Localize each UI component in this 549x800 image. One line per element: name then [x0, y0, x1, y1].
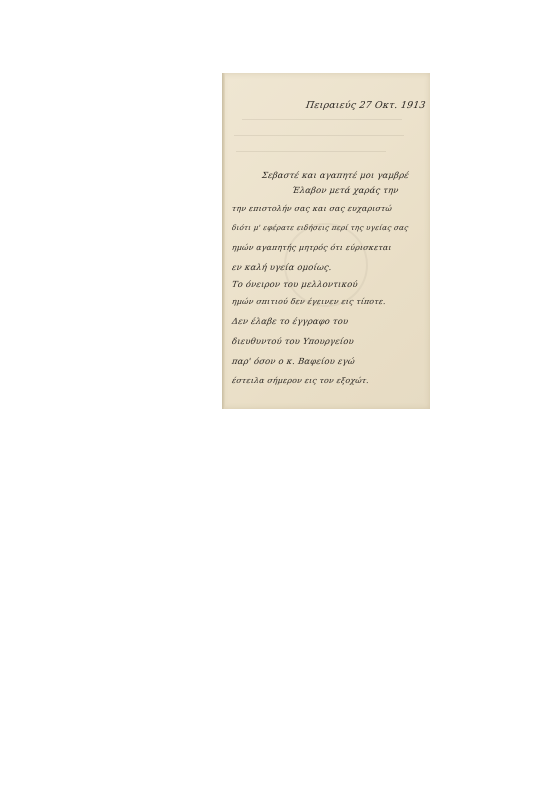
faint-bleed-line — [236, 151, 386, 152]
body-line: Έλαβον μετά χαράς την — [291, 185, 399, 195]
body-line: ημών αγαπητής μητρός ότι εύρισκεται — [231, 243, 392, 252]
date-line: Πειραιεύς 27 Οκτ. 1913 — [305, 100, 426, 111]
body-line: εν καλή υγεία ομοίως. — [231, 262, 332, 272]
body-line: Το όνειρον του μελλοντικού — [231, 279, 358, 289]
letter-page: Πειραιεύς 27 Οκτ. 1913 Σεβαστέ και αγαπη… — [222, 73, 430, 409]
body-line: παρ' όσον ο κ. Βαφείου εγώ — [231, 356, 355, 366]
body-line: την επιστολήν σας και σας ευχαριστώ — [231, 204, 392, 213]
body-line: διευθυντού του Υπουργείου — [231, 336, 354, 346]
faint-bleed-line — [234, 135, 404, 136]
body-line: έστειλα σήμερον εις τον εξοχώτ. — [231, 376, 369, 385]
body-line: ημών σπιτιού δεν έγεινεν εις τίποτε. — [231, 297, 386, 306]
body-line: Δεν έλαβε το έγγραφο του — [231, 316, 349, 326]
body-line: διότι μ' εφέρατε ειδήσεις περί της υγεία… — [231, 223, 409, 232]
faint-bleed-line — [242, 119, 402, 120]
salutation: Σεβαστέ και αγαπητέ μοι γαμβρέ — [261, 170, 409, 180]
